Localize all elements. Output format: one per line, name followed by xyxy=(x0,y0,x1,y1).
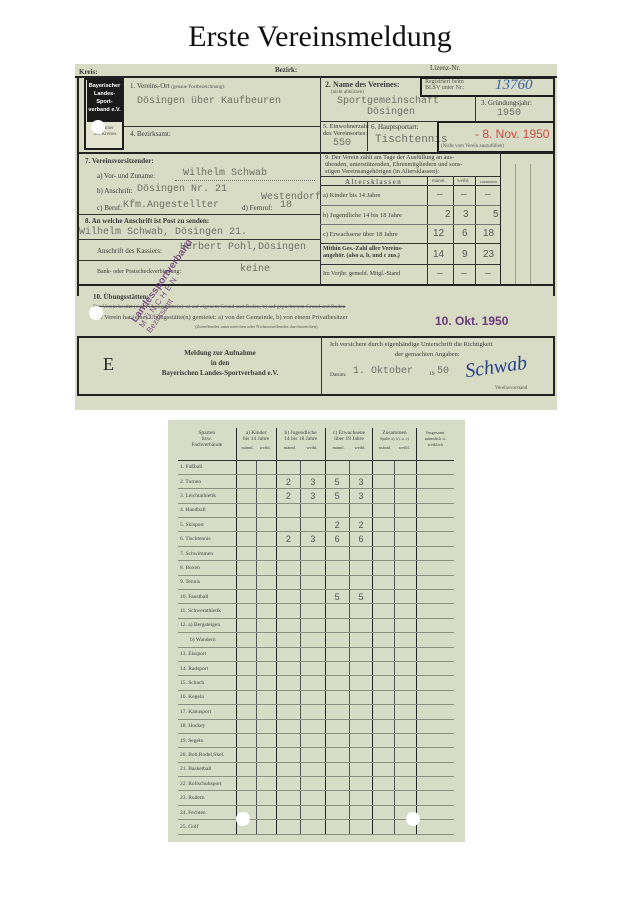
label-text: 1. Vereins-Ort xyxy=(130,82,170,90)
header-text: männl. xyxy=(379,445,391,451)
cell-value xyxy=(276,575,300,589)
cell-value xyxy=(394,633,416,647)
cell-value xyxy=(301,676,325,690)
cell-value xyxy=(349,647,373,661)
cell-value xyxy=(416,575,454,589)
cell-value xyxy=(301,690,325,704)
divider xyxy=(321,336,322,394)
cell-value xyxy=(349,777,373,791)
cell-value: 5 xyxy=(349,590,373,604)
cell-value xyxy=(301,518,325,532)
divider xyxy=(320,243,500,244)
received-note: (Nicht vom Verein auszufüllen) xyxy=(441,144,504,149)
cell-value xyxy=(301,820,325,834)
divider xyxy=(77,336,79,394)
table-row: 23. Rudern xyxy=(178,791,454,805)
divider xyxy=(320,224,500,225)
sports-breakdown-form: Sparten bzw. Fachverbände a) Kinder bis … xyxy=(168,420,465,842)
cell-value xyxy=(394,590,416,604)
divider xyxy=(320,185,500,186)
cell-value xyxy=(325,820,349,834)
cell-value xyxy=(236,676,256,690)
divider xyxy=(77,336,555,338)
cell-value xyxy=(236,489,256,503)
sport-label: 25. Golf xyxy=(178,820,236,834)
male-header: männl. xyxy=(432,179,446,184)
divider xyxy=(124,126,320,127)
cell-value xyxy=(416,705,454,719)
cell-value xyxy=(349,719,373,733)
cell-value xyxy=(394,474,416,488)
cell-value xyxy=(236,661,256,675)
einwohnerzahl-value: 550 xyxy=(333,138,351,149)
cell-value xyxy=(236,633,256,647)
cell-value: 14 xyxy=(433,249,444,260)
divider xyxy=(553,336,555,394)
table-row: 10. Faustball55 xyxy=(178,590,454,604)
lizenz-label: Lizenz-Nr. xyxy=(430,64,460,72)
cell-value: 12 xyxy=(433,228,444,239)
divider xyxy=(175,180,315,181)
table-row: 7. Schwimmen xyxy=(178,546,454,560)
cell-value xyxy=(394,518,416,532)
cell-value xyxy=(394,791,416,805)
members-intro: 9. Der Verein zählt am Tage der Ausfüllu… xyxy=(325,154,462,175)
cell-value xyxy=(236,474,256,488)
cell-value xyxy=(373,561,395,575)
sport-label: 14. Radsport xyxy=(178,661,236,675)
header-text: 14 bis 18 Jahre xyxy=(279,436,323,442)
col-erwachsene: c) Erwachsene über 18 Jahre männl.weibl. xyxy=(325,428,373,460)
divider xyxy=(320,264,500,265)
header-text: männl. xyxy=(284,445,296,451)
col-kinder: a) Kinder bis 14 Jahre männl.weibl. xyxy=(236,428,276,460)
vereinsname-label: 2. Name des Vereines: xyxy=(325,80,400,89)
divider xyxy=(320,176,500,177)
cell-value xyxy=(349,762,373,776)
cell-value xyxy=(236,575,256,589)
cell-value xyxy=(256,590,276,604)
divider xyxy=(500,152,501,284)
beruf-value: Kfm.Angestellter xyxy=(123,200,219,211)
cell-value xyxy=(301,748,325,762)
cell-value xyxy=(325,604,349,618)
cell-value xyxy=(301,546,325,560)
hint-text: (genaue Postbezeichnung): xyxy=(171,85,225,90)
cell-value xyxy=(394,546,416,560)
cell-value: 3 xyxy=(349,474,373,488)
row-label: Im Vorjhr. gemeld. Mitgl.-Stand xyxy=(323,271,400,277)
cell-value xyxy=(416,618,454,632)
divider xyxy=(453,176,454,284)
logo-text: Landes- xyxy=(87,90,122,98)
cell-value xyxy=(301,590,325,604)
col-zusammen: Zusammen Spalte a), b), u. c) männl.weib… xyxy=(373,428,416,460)
cell-value xyxy=(276,518,300,532)
cell-value xyxy=(373,489,395,503)
cell-value xyxy=(325,575,349,589)
cell-value xyxy=(349,633,373,647)
logo-text: verband e.V. xyxy=(87,106,122,114)
vereinsname-hint: (nicht abkürzen) xyxy=(331,90,364,95)
table-row: 21. Basketball xyxy=(178,762,454,776)
cell-value xyxy=(276,748,300,762)
cell-value: 23 xyxy=(483,249,494,260)
sport-label: 24. Fechten xyxy=(178,805,236,819)
declaration-line2: der gemachten Angaben: xyxy=(395,351,460,358)
sport-label: 13. Eissport xyxy=(178,647,236,661)
cell-value xyxy=(373,805,395,819)
cell-value: – xyxy=(461,268,467,279)
cell-value xyxy=(349,676,373,690)
label-text: Meldung zur Aufnahme xyxy=(145,348,295,358)
cell-value xyxy=(236,590,256,604)
cell-value: – xyxy=(485,268,491,279)
cell-value: – xyxy=(461,189,467,200)
logo-text: Sport- xyxy=(87,98,122,106)
divider xyxy=(77,214,320,215)
cell-value xyxy=(256,820,276,834)
anschrift-label: b) Anschrift: xyxy=(97,187,133,195)
cell-value xyxy=(236,777,256,791)
header-text: männl. xyxy=(241,445,253,451)
cell-value xyxy=(256,748,276,762)
header-text: weibl. xyxy=(354,445,365,451)
cell-value xyxy=(373,791,395,805)
cell-value xyxy=(394,762,416,776)
vereinsname-value-2: Dösingen xyxy=(367,107,415,118)
cell-value xyxy=(416,489,454,503)
cell-value xyxy=(301,561,325,575)
cell-value xyxy=(373,777,395,791)
cell-value xyxy=(256,633,276,647)
cell-value xyxy=(416,748,454,762)
cell-value xyxy=(373,705,395,719)
table-row: 3. Leichtathletik2353 xyxy=(178,489,454,503)
cell-value: 2 xyxy=(276,489,300,503)
cell-value xyxy=(236,748,256,762)
sport-label: b) Wandern xyxy=(178,633,236,647)
cell-value xyxy=(416,546,454,560)
cell-value xyxy=(416,633,454,647)
cell-value xyxy=(325,719,349,733)
sport-label: 11. Schwerathletik xyxy=(178,604,236,618)
sport-label: 1. Fußball xyxy=(178,460,236,474)
cell-value xyxy=(256,604,276,618)
sport-label: 2. Turnen xyxy=(178,474,236,488)
kassier-label: Anschrift des Kassiers: xyxy=(97,247,162,255)
date-stamp: 10. Okt. 1950 xyxy=(435,314,508,328)
cell-value: 2 xyxy=(445,209,451,220)
divider xyxy=(475,97,476,121)
sport-label: 6. Tischtennis xyxy=(178,532,236,546)
cell-value xyxy=(416,474,454,488)
header-text: Fachverbände xyxy=(180,442,234,448)
cell-value xyxy=(256,647,276,661)
punch-hole xyxy=(89,306,103,320)
cell-value xyxy=(349,661,373,675)
year-value: 50 xyxy=(437,366,449,377)
cell-value xyxy=(301,604,325,618)
signature: Schwab xyxy=(464,352,529,383)
fernruf-label: d) Fernruf: xyxy=(242,204,273,212)
cell-value xyxy=(325,705,349,719)
cell-value xyxy=(276,546,300,560)
cell-value xyxy=(325,748,349,762)
bezirk-label: Bezirk: xyxy=(275,66,297,74)
cell-value xyxy=(349,546,373,560)
header-text: männl. xyxy=(332,445,344,451)
sport-label: 7. Schwimmen xyxy=(178,546,236,560)
cell-value xyxy=(373,590,395,604)
table-row: 19. Segeln xyxy=(178,733,454,747)
label-text: Bayerischen Landes-Sportverband e.V. xyxy=(145,368,295,378)
facility-owned-line: Der Verein besitzt (eine) Übungsstätte(n… xyxy=(93,304,345,310)
cell-value xyxy=(325,633,349,647)
label-text: in den xyxy=(145,358,295,368)
cell-value xyxy=(373,820,395,834)
cell-value xyxy=(325,777,349,791)
form-letter: E xyxy=(103,354,114,375)
cell-value xyxy=(276,805,300,819)
cell-value xyxy=(416,719,454,733)
cell-value xyxy=(256,705,276,719)
cell-value xyxy=(394,647,416,661)
cell-value xyxy=(236,647,256,661)
label-text: BLSV unter Nr.: xyxy=(425,85,465,91)
cell-value: 18 xyxy=(483,228,494,239)
sport-label: 8. Boxen xyxy=(178,561,236,575)
cell-value xyxy=(416,518,454,532)
row-label: Mithin Ges.-Zahl aller Vereins-angehör. … xyxy=(323,246,423,260)
declaration-line1: Ich versichere durch eigenhändige Unters… xyxy=(330,341,492,348)
cell-value xyxy=(373,460,395,474)
cell-value xyxy=(394,748,416,762)
cell-value xyxy=(349,503,373,517)
cell-value xyxy=(394,489,416,503)
label-text: 9. Der Verein zählt am Tage der Ausfüllu… xyxy=(325,154,462,161)
divider xyxy=(475,176,476,284)
cell-value xyxy=(416,676,454,690)
divider xyxy=(77,239,320,240)
cell-value xyxy=(276,460,300,474)
name-label: a) Vor- und Zuname: xyxy=(97,172,155,180)
table-row: 8. Boxen xyxy=(178,561,454,575)
col-sparten: Sparten bzw. Fachverbände xyxy=(178,428,236,460)
cell-value xyxy=(325,762,349,776)
cell-value xyxy=(325,460,349,474)
cell-value xyxy=(236,561,256,575)
cell-value xyxy=(416,532,454,546)
cell-value xyxy=(236,546,256,560)
cell-value xyxy=(301,805,325,819)
cell-value xyxy=(394,532,416,546)
sport-label: 16. Kegeln xyxy=(178,690,236,704)
cell-value xyxy=(416,762,454,776)
divider xyxy=(530,164,531,284)
cell-value xyxy=(256,474,276,488)
row-label: a) Kinder bis 14 Jahre xyxy=(323,192,380,199)
cell-value xyxy=(373,733,395,747)
cell-value xyxy=(394,460,416,474)
sport-label: 21. Basketball xyxy=(178,762,236,776)
signature-label: Vereinsvorstand xyxy=(495,386,527,391)
gruendungsjahr-label: 3. Gründungsjahr: xyxy=(481,99,532,107)
cell-value xyxy=(349,690,373,704)
cell-value xyxy=(276,733,300,747)
cell-value xyxy=(394,604,416,618)
cell-value xyxy=(276,676,300,690)
cell-value xyxy=(373,690,395,704)
sport-label: 15. Schach xyxy=(178,676,236,690)
cell-value xyxy=(236,518,256,532)
sport-label: 20. Bob,Rodel,Skel. xyxy=(178,748,236,762)
cell-value xyxy=(301,618,325,632)
cell-value xyxy=(301,503,325,517)
cell-value xyxy=(236,604,256,618)
cell-value xyxy=(416,690,454,704)
cell-value xyxy=(416,460,454,474)
table-row: 6. Tischtennis2366 xyxy=(178,532,454,546)
cell-value xyxy=(236,733,256,747)
beruf-label: c) Beruf: xyxy=(97,204,122,212)
cell-value: 6 xyxy=(462,228,468,239)
cell-value xyxy=(236,705,256,719)
sport-label: 22. Rollschuhsport xyxy=(178,777,236,791)
table-row: 5. Skisport22 xyxy=(178,518,454,532)
cell-value xyxy=(373,647,395,661)
cell-value xyxy=(236,618,256,632)
cell-value xyxy=(394,561,416,575)
cell-value xyxy=(373,604,395,618)
cell-value: 6 xyxy=(349,532,373,546)
sport-label: 23. Rudern xyxy=(178,791,236,805)
cell-value xyxy=(416,791,454,805)
cell-value xyxy=(256,805,276,819)
row-label: b) Jugendliche 14 bis 18 Jahre xyxy=(323,212,402,219)
divider xyxy=(77,152,555,154)
table-row: 17. Kanusport xyxy=(178,705,454,719)
cell-value xyxy=(416,561,454,575)
cell-value xyxy=(276,705,300,719)
cell-value: 5 xyxy=(325,489,349,503)
cell-value: 2 xyxy=(276,474,300,488)
cell-value xyxy=(349,705,373,719)
table-row: 15. Schach xyxy=(178,676,454,690)
sport-label: 3. Leichtathletik xyxy=(178,489,236,503)
cell-value xyxy=(373,518,395,532)
label-text: stigen Vereinsangehörigen (in Altersklas… xyxy=(325,168,462,175)
sport-label: 18. Hockey xyxy=(178,719,236,733)
total-header: zusammen xyxy=(480,179,497,184)
sport-label: 9. Tennis xyxy=(178,575,236,589)
cell-value xyxy=(256,518,276,532)
vereinsort-value: Dösingen über Kaufbeuren xyxy=(137,96,281,107)
cell-value xyxy=(256,690,276,704)
cell-value xyxy=(276,604,300,618)
cell-value xyxy=(349,604,373,618)
table-row: 18. Hockey xyxy=(178,719,454,733)
divider xyxy=(77,76,79,296)
col-insgesamt: Insgesamt männlich u. weiblich xyxy=(416,428,454,460)
row-label: c) Erwachsene über 18 Jahre xyxy=(323,231,398,238)
cell-value xyxy=(394,777,416,791)
cell-value xyxy=(236,690,256,704)
table-row: 12. a) Bergsteigen xyxy=(178,618,454,632)
cell-value xyxy=(416,590,454,604)
cell-value xyxy=(276,633,300,647)
logo-text: Bayerischer xyxy=(87,82,122,90)
cell-value xyxy=(301,661,325,675)
cell-value xyxy=(301,460,325,474)
header-text: weiblich xyxy=(419,442,453,448)
vorsitzender-label: 7. Vereinsvorsitzender: xyxy=(85,157,154,165)
cell-value xyxy=(416,647,454,661)
cell-value xyxy=(373,618,395,632)
cell-value xyxy=(276,777,300,791)
cell-value: 5 xyxy=(493,209,499,220)
cell-value xyxy=(373,546,395,560)
cell-value xyxy=(394,503,416,517)
cell-value xyxy=(373,633,395,647)
cell-value: 3 xyxy=(301,532,325,546)
cell-value xyxy=(301,575,325,589)
sport-label: 5. Skisport xyxy=(178,518,236,532)
cell-value xyxy=(373,532,395,546)
cell-value xyxy=(276,762,300,776)
post-address-label: 8. An welche Anschrift ist Post zu sende… xyxy=(85,217,209,225)
divider xyxy=(320,205,500,206)
cell-value xyxy=(236,503,256,517)
cell-value xyxy=(349,748,373,762)
bank-value: keine xyxy=(240,264,270,275)
punch-hole xyxy=(236,812,250,826)
cell-value xyxy=(256,489,276,503)
kreis-label: Kreis: xyxy=(79,68,98,76)
label-text: übenden, unterstützenden, Ehrenmitgliede… xyxy=(325,161,462,168)
einwohnerzahl-label: 5. Einwohnerzahl des Vereinsortes: xyxy=(323,123,369,137)
cell-value xyxy=(416,604,454,618)
sport-label: 19. Segeln xyxy=(178,733,236,747)
cell-value xyxy=(276,618,300,632)
cell-value xyxy=(301,633,325,647)
cell-value: 6 xyxy=(325,532,349,546)
cell-value xyxy=(301,647,325,661)
cell-value xyxy=(256,733,276,747)
cell-value: 3 xyxy=(349,489,373,503)
year-prefix: 19 xyxy=(429,371,435,377)
cell-value xyxy=(236,791,256,805)
bslv-logo: Bayerischer Landes- Sport- verband e.V. xyxy=(87,80,122,122)
cell-value xyxy=(325,618,349,632)
cell-value xyxy=(256,575,276,589)
cell-value xyxy=(373,661,395,675)
cell-value xyxy=(325,690,349,704)
registration-label: Registriert beim BLSV unter Nr.: xyxy=(425,79,465,91)
registration-form: Kreis: Bezirk: Lizenz-Nr. Bayerischer La… xyxy=(75,64,557,410)
sports-table: Sparten bzw. Fachverbände a) Kinder bis … xyxy=(178,428,454,835)
cell-value xyxy=(276,690,300,704)
cell-value xyxy=(256,503,276,517)
table-row: 22. Rollschuhsport xyxy=(178,777,454,791)
cell-value xyxy=(373,503,395,517)
table-row: 11. Schwerathletik xyxy=(178,604,454,618)
cell-value: 3 xyxy=(463,209,469,220)
header-text: weibl. xyxy=(306,445,317,451)
divider xyxy=(320,76,321,152)
vereinsname-value-1: Sportgemeinschaft xyxy=(337,96,439,107)
cell-value xyxy=(256,791,276,805)
